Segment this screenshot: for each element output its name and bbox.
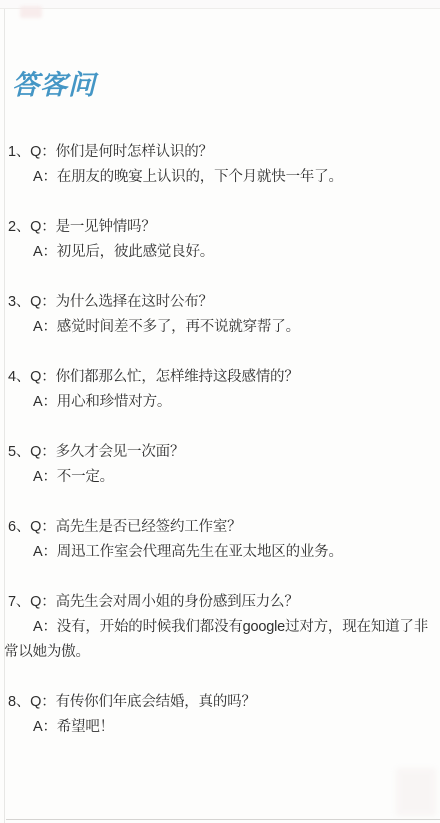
question-label: Q：: [30, 219, 55, 235]
answer-text: 希望吧！: [57, 719, 114, 735]
qa-list: 1、Q：你们是何时怎样认识的？ A：在朋友的晚宴上认识的，下个月就快一年了。 2…: [4, 140, 436, 765]
qa-item: 7、Q：高先生会对周小姐的身份感到压力么？ A：没有，开始的时候我们都没有goo…: [4, 590, 436, 665]
question-label: Q：: [30, 694, 55, 710]
question-line: 8、Q：有传你们年底会结婚，真的吗？: [4, 690, 436, 715]
answer-text: 用心和珍惜对方。: [57, 394, 171, 410]
question-label: Q：: [30, 294, 55, 310]
question-line: 5、Q：多久才会见一次面？: [4, 440, 436, 465]
qa-number: 3、: [8, 294, 30, 310]
answer-label: A：: [33, 544, 57, 560]
bottom-divider-line: [6, 819, 440, 820]
answer-label: A：: [33, 619, 57, 635]
top-divider-line: [0, 8, 440, 9]
answer-label: A：: [33, 719, 57, 735]
answer-line: A：没有，开始的时候我们都没有google过对方，现在知道了非常以她为傲。: [4, 615, 436, 665]
question-text: 你们都那么忙，怎样维持这段感情的？: [56, 369, 299, 385]
answer-text: 在朋友的晚宴上认识的，下个月就快一年了。: [57, 169, 343, 185]
answer-label: A：: [33, 319, 57, 335]
answer-line: A：不一定。: [4, 465, 436, 490]
qa-number: 2、: [8, 219, 30, 235]
qa-item: 5、Q：多久才会见一次面？ A：不一定。: [4, 440, 436, 490]
qa-number: 6、: [8, 519, 30, 535]
answer-line: A：希望吧！: [4, 715, 436, 740]
question-label: Q：: [30, 144, 55, 160]
qa-number: 8、: [8, 694, 30, 710]
answer-label: A：: [33, 169, 57, 185]
qa-item: 1、Q：你们是何时怎样认识的？ A：在朋友的晚宴上认识的，下个月就快一年了。: [4, 140, 436, 190]
question-line: 7、Q：高先生会对周小姐的身份感到压力么？: [4, 590, 436, 615]
answer-label: A：: [33, 244, 57, 260]
qa-number: 7、: [8, 594, 30, 610]
top-edge-band: [0, 0, 440, 8]
watermark-artifact: [396, 768, 436, 816]
question-line: 3、Q：为什么选择在这时公布？: [4, 290, 436, 315]
answer-label: A：: [33, 469, 57, 485]
page-title: 答客问: [12, 68, 96, 102]
question-line: 6、Q：高先生是否已经签约工作室？: [4, 515, 436, 540]
answer-text: 周迅工作室会代理高先生在亚太地区的业务。: [57, 544, 343, 560]
question-text: 是一见钟情吗？: [56, 219, 156, 235]
qa-item: 4、Q：你们都那么忙，怎样维持这段感情的？ A：用心和珍惜对方。: [4, 365, 436, 415]
answer-text: 没有，开始的时候我们都没有google过对方，现在知道了非常以她为傲。: [4, 619, 428, 660]
qa-number: 5、: [8, 444, 30, 460]
qa-item: 2、Q：是一见钟情吗？ A：初见后，彼此感觉良好。: [4, 215, 436, 265]
answer-label: A：: [33, 394, 57, 410]
question-text: 高先生会对周小姐的身份感到压力么？: [56, 594, 299, 610]
question-label: Q：: [30, 444, 55, 460]
question-text: 为什么选择在这时公布？: [56, 294, 213, 310]
answer-line: A：用心和珍惜对方。: [4, 390, 436, 415]
question-line: 4、Q：你们都那么忙，怎样维持这段感情的？: [4, 365, 436, 390]
qa-number: 4、: [8, 369, 30, 385]
question-label: Q：: [30, 369, 55, 385]
question-text: 高先生是否已经签约工作室？: [56, 519, 242, 535]
answer-text: 不一定。: [57, 469, 114, 485]
answer-line: A：感觉时间差不多了，再不说就穿帮了。: [4, 315, 436, 340]
question-text: 多久才会见一次面？: [56, 444, 185, 460]
question-text: 有传你们年底会结婚，真的吗？: [56, 694, 256, 710]
question-label: Q：: [30, 594, 55, 610]
question-line: 1、Q：你们是何时怎样认识的？: [4, 140, 436, 165]
answer-text: 感觉时间差不多了，再不说就穿帮了。: [57, 319, 300, 335]
qa-number: 1、: [8, 144, 30, 160]
answer-text: 初见后，彼此感觉良好。: [57, 244, 214, 260]
question-line: 2、Q：是一见钟情吗？: [4, 215, 436, 240]
red-smudge-artifact: [20, 6, 42, 18]
qa-item: 8、Q：有传你们年底会结婚，真的吗？ A：希望吧！: [4, 690, 436, 740]
answer-line: A：初见后，彼此感觉良好。: [4, 240, 436, 265]
answer-line: A：在朋友的晚宴上认识的，下个月就快一年了。: [4, 165, 436, 190]
answer-line: A：周迅工作室会代理高先生在亚太地区的业务。: [4, 540, 436, 565]
qa-item: 3、Q：为什么选择在这时公布？ A：感觉时间差不多了，再不说就穿帮了。: [4, 290, 436, 340]
article-page: 答客问 1、Q：你们是何时怎样认识的？ A：在朋友的晚宴上认识的，下个月就快一年…: [0, 0, 440, 823]
question-text: 你们是何时怎样认识的？: [56, 144, 213, 160]
qa-item: 6、Q：高先生是否已经签约工作室？ A：周迅工作室会代理高先生在亚太地区的业务。: [4, 515, 436, 565]
question-label: Q：: [30, 519, 55, 535]
